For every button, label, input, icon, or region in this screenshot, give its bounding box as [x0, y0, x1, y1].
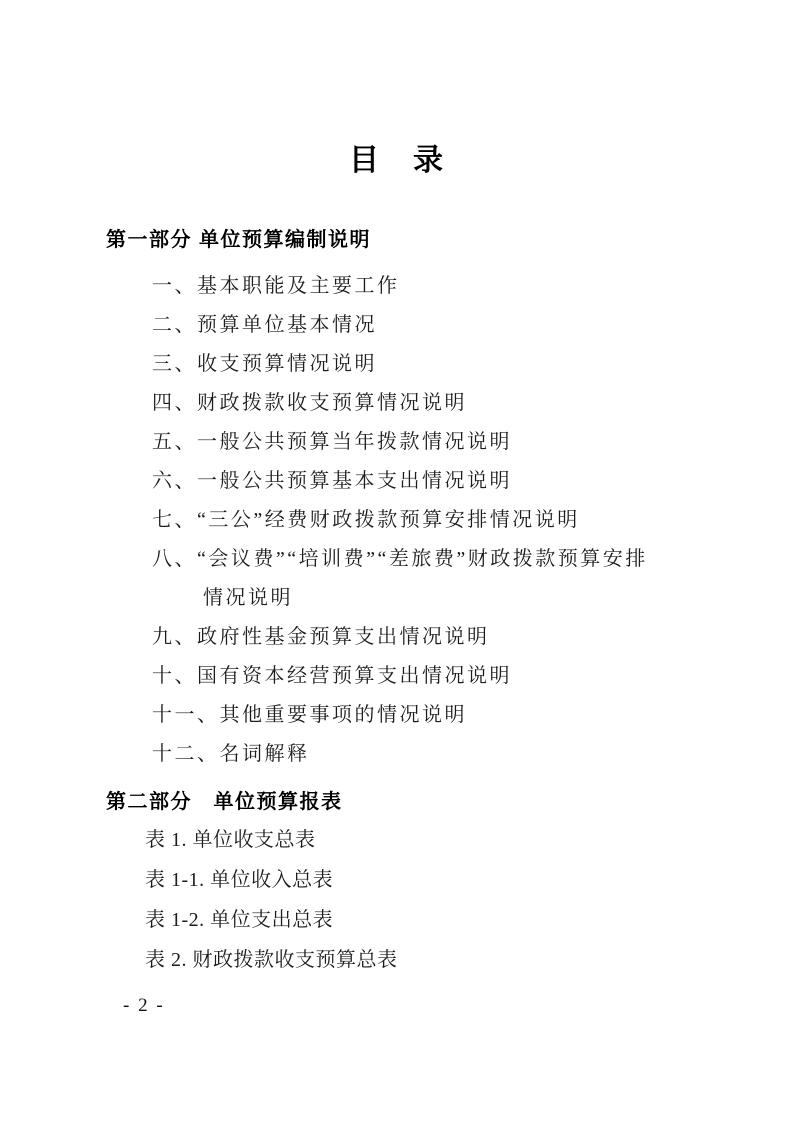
part1-heading: 第一部分 单位预算编制说明 — [104, 227, 690, 253]
part2-heading: 第二部分 单位预算报表 — [104, 789, 690, 815]
toc-item: 八、“会议费”“培训费”“差旅费”财政拨款预算安排 — [104, 540, 690, 579]
toc-content: 目 录 第一部分 单位预算编制说明 一、基本职能及主要工作 二、预算单位基本情况… — [104, 0, 690, 980]
toc-item-continuation: 情况说明 — [104, 579, 690, 618]
toc-table-item: 表 2. 财政拨款收支预算总表 — [104, 940, 690, 980]
toc-item: 六、一般公共预算基本支出情况说明 — [104, 462, 690, 501]
toc-item: 二、预算单位基本情况 — [104, 306, 690, 345]
document-page: 目 录 第一部分 单位预算编制说明 一、基本职能及主要工作 二、预算单位基本情况… — [0, 0, 793, 1122]
part1-item-list: 一、基本职能及主要工作 二、预算单位基本情况 三、收支预算情况说明 四、财政拨款… — [104, 267, 690, 774]
toc-item: 九、政府性基金预算支出情况说明 — [104, 618, 690, 657]
toc-item: 十一、其他重要事项的情况说明 — [104, 696, 690, 735]
part2-item-list: 表 1. 单位收支总表 表 1-1. 单位收入总表 表 1-2. 单位支出总表 … — [104, 820, 690, 980]
toc-item: 三、收支预算情况说明 — [104, 345, 690, 384]
toc-item: 四、财政拨款收支预算情况说明 — [104, 384, 690, 423]
toc-item: 十、国有资本经营预算支出情况说明 — [104, 657, 690, 696]
toc-table-item: 表 1-1. 单位收入总表 — [104, 860, 690, 900]
page-footer: - 2 - — [123, 995, 165, 1017]
toc-table-item: 表 1-2. 单位支出总表 — [104, 900, 690, 940]
toc-item: 一、基本职能及主要工作 — [104, 267, 690, 306]
toc-item: 五、一般公共预算当年拨款情况说明 — [104, 423, 690, 462]
toc-item: 十二、名词解释 — [104, 735, 690, 774]
toc-item: 七、“三公”经费财政拨款预算安排情况说明 — [104, 501, 690, 540]
toc-table-item: 表 1. 单位收支总表 — [104, 820, 690, 860]
page-title: 目 录 — [104, 0, 690, 177]
page-number: - 2 - — [123, 995, 165, 1016]
